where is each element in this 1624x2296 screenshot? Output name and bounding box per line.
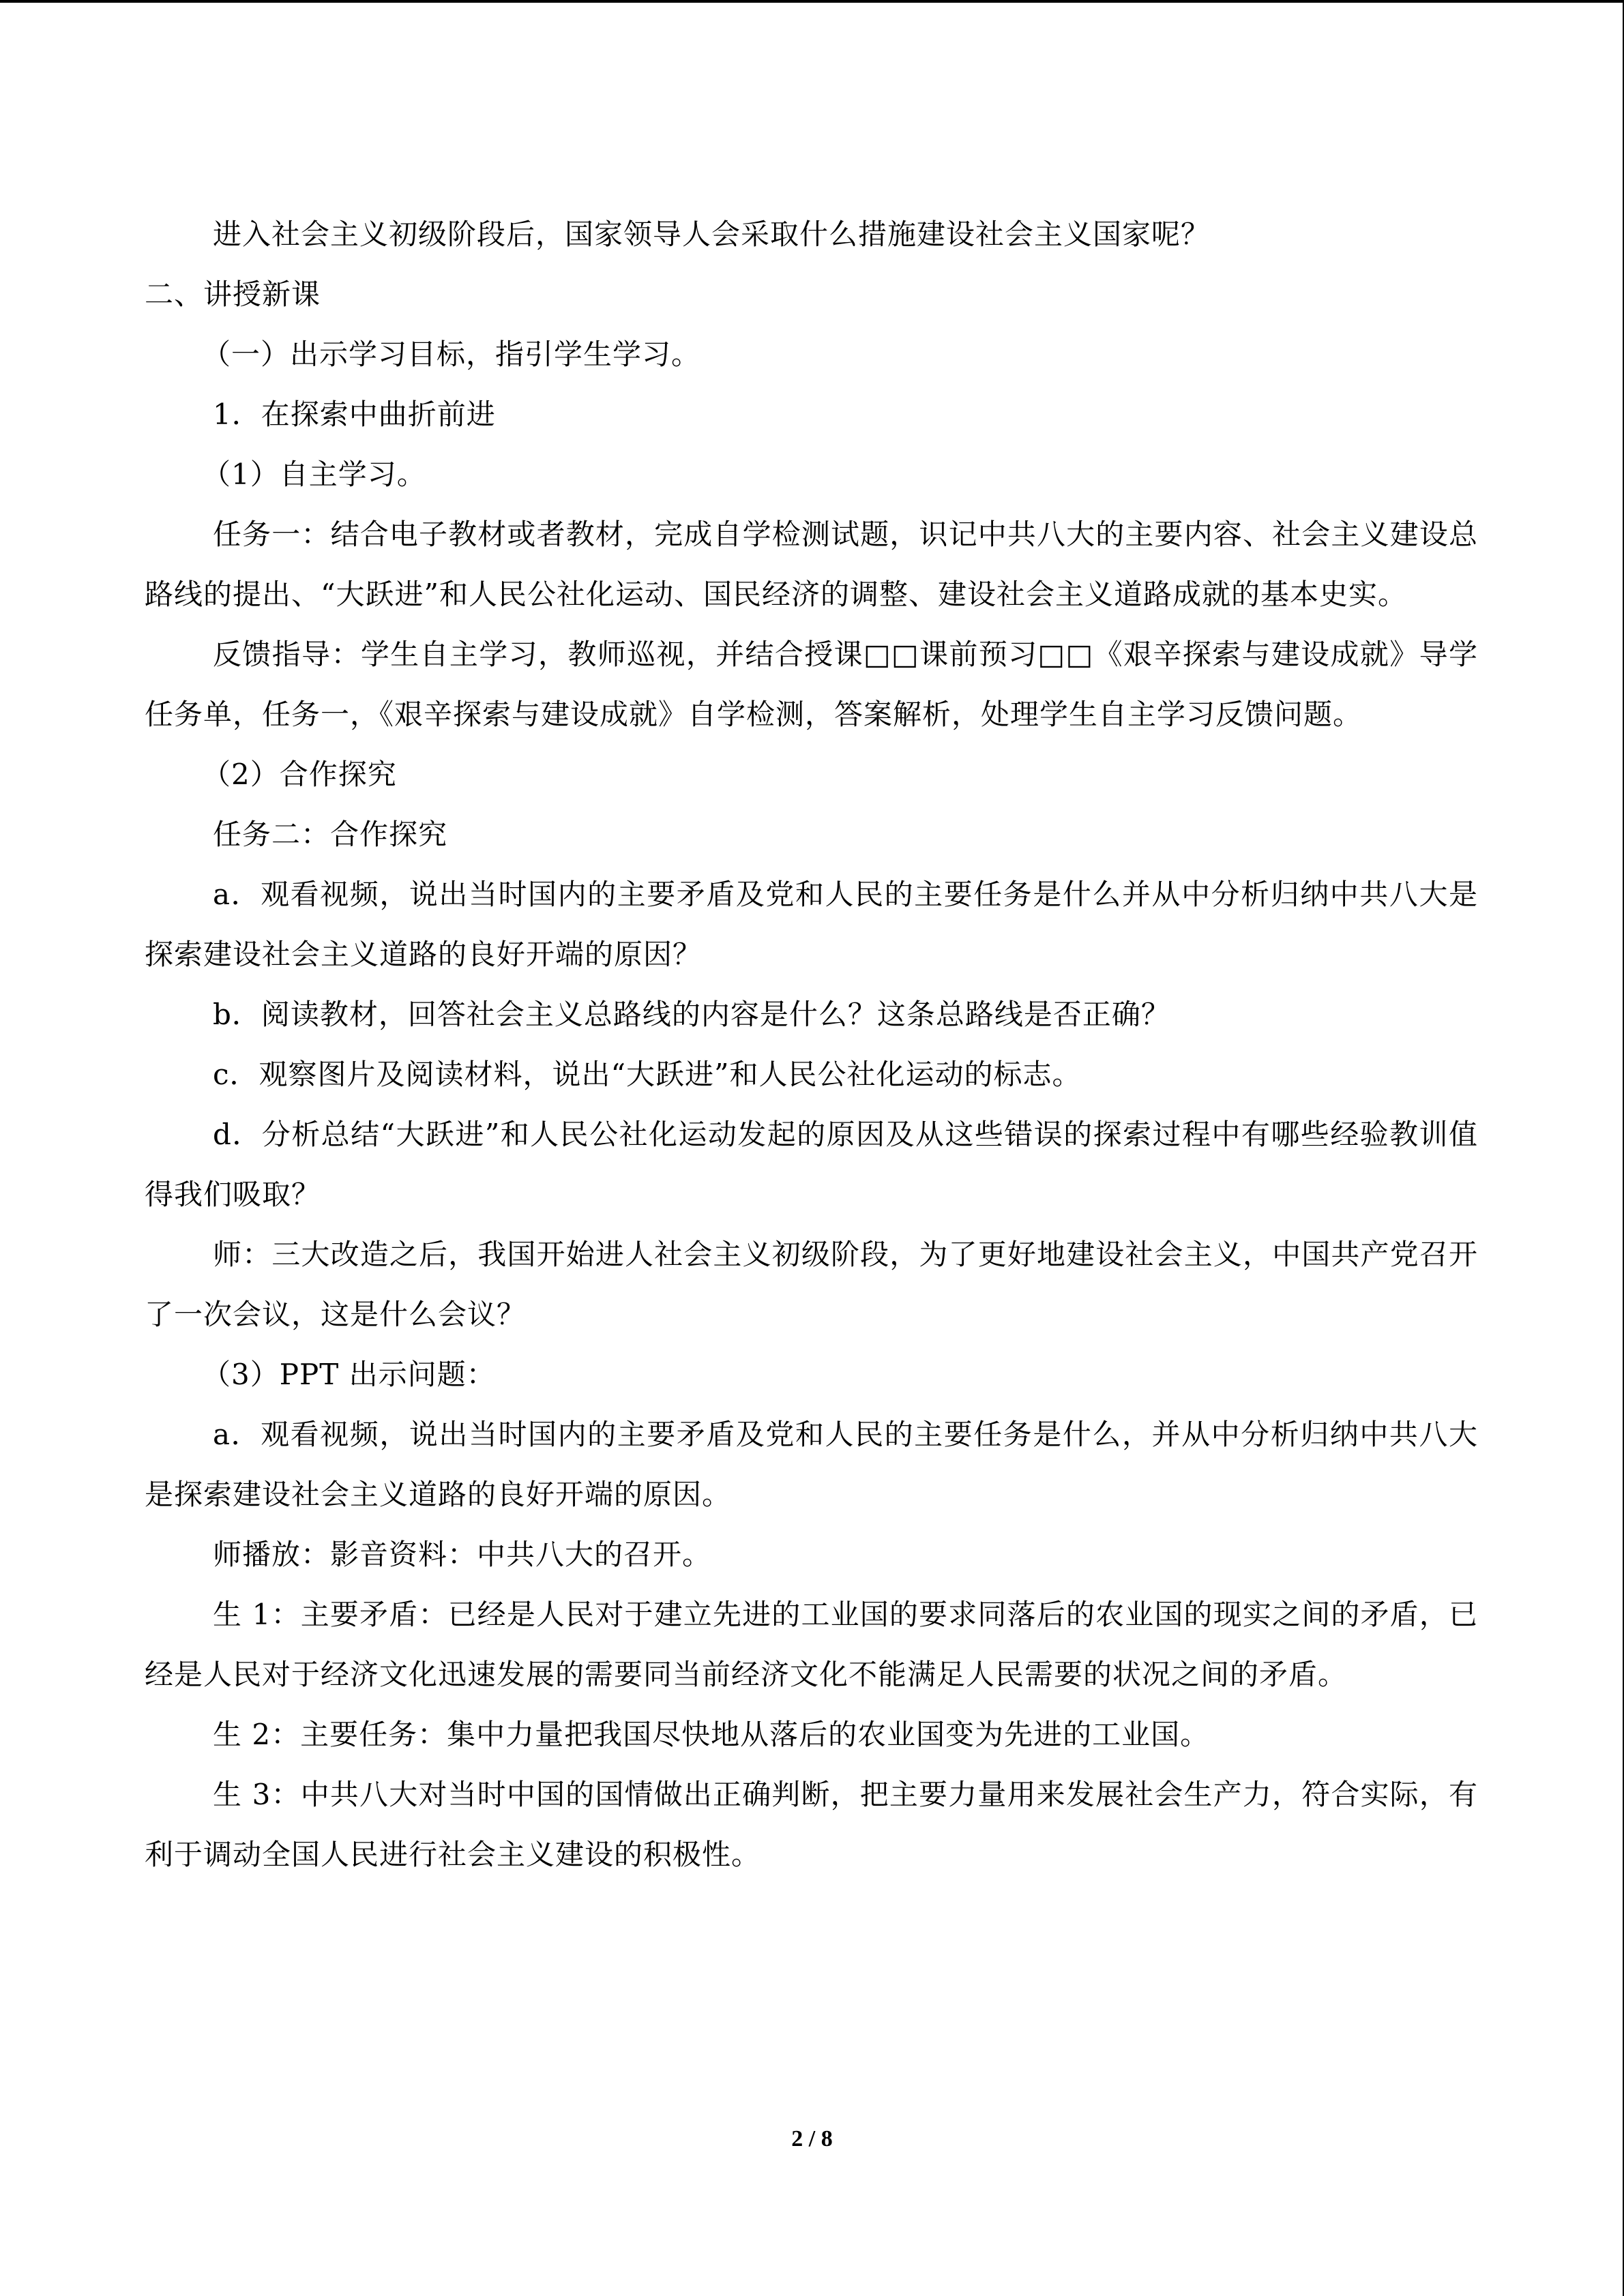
question-d: d．分析总结“大跃进”和人民公社化运动发起的原因及从这些错误的探索过程中有哪些经…: [145, 1105, 1478, 1225]
topic-heading-1: 1．在探索中曲折前进: [145, 385, 1478, 445]
step-cooperative-inquiry: （2）合作探究: [145, 745, 1478, 805]
section-heading-new-lesson: 二、讲授新课: [145, 265, 1478, 325]
teacher-plays-video: 师播放：影音资料：中共八大的召开。: [145, 1525, 1478, 1585]
document-body: 进入社会主义初级阶段后，国家领导人会采取什么措施建设社会主义国家呢？ 二、讲授新…: [145, 205, 1478, 1885]
student-answer-3: 生 3：中共八大对当时中国的国情做出正确判断，把主要力量用来发展社会生产力，符合…: [145, 1765, 1478, 1885]
page-number: 2 / 8: [0, 2126, 1624, 2152]
teacher-prompt: 师：三大改造之后，我国开始进人社会主义初级阶段，为了更好地建设社会主义，中国共产…: [145, 1225, 1478, 1345]
task-one: 任务一：结合电子教材或者教材，完成自学检测试题，识记中共八大的主要内容、社会主义…: [145, 505, 1478, 625]
question-a: a．观看视频，说出当时国内的主要矛盾及党和人民的主要任务是什么并从中分析归纳中共…: [145, 865, 1478, 985]
student-answer-2: 生 2：主要任务：集中力量把我国尽快地从落后的农业国变为先进的工业国。: [145, 1705, 1478, 1765]
task-two: 任务二：合作探究: [145, 805, 1478, 865]
question-c: c．观察图片及阅读材料，说出“大跃进”和人民公社化运动的标志。: [145, 1045, 1478, 1105]
feedback-guidance: 反馈指导：学生自主学习，教师巡视，并结合授课□□课前预习□□《艰辛探索与建设成就…: [145, 625, 1478, 745]
subsection-learning-goals: （一）出示学习目标，指引学生学习。: [145, 325, 1478, 385]
intro-question: 进入社会主义初级阶段后，国家领导人会采取什么措施建设社会主义国家呢？: [145, 205, 1478, 265]
student-answer-1: 生 1：主要矛盾：已经是人民对于建立先进的工业国的要求同落后的农业国的现实之间的…: [145, 1585, 1478, 1705]
question-b: b．阅读教材，回答社会主义总路线的内容是什么？这条总路线是否正确？: [145, 985, 1478, 1045]
page-top-border: [0, 0, 1624, 3]
ppt-question-a: a．观看视频，说出当时国内的主要矛盾及党和人民的主要任务是什么，并从中分析归纳中…: [145, 1405, 1478, 1525]
step-ppt-questions: （3）PPT 出示问题：: [145, 1345, 1478, 1405]
step-self-study: （1）自主学习。: [145, 445, 1478, 505]
